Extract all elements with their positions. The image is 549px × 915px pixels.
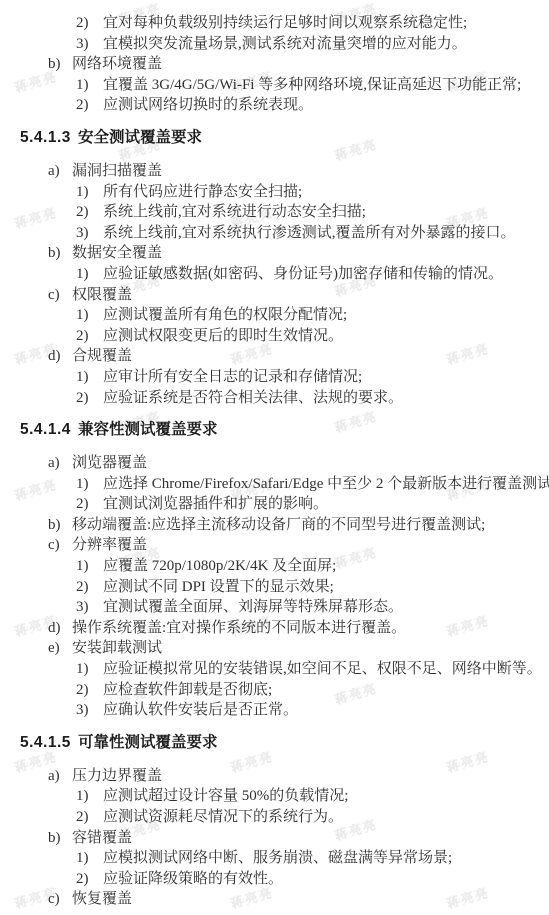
list-item-text: 宜覆盖 3G/4G/5G/Wi-Fi 等多种网络环境,保证高延迟下功能正常; bbox=[103, 75, 521, 96]
list-item-text: 漏洞扫描覆盖 bbox=[72, 161, 162, 182]
list-item-marker: d) bbox=[48, 618, 72, 639]
list-item-text: 恢复覆盖 bbox=[72, 889, 132, 910]
list-item-text: 应测试覆盖所有角色的权限分配情况; bbox=[103, 305, 347, 326]
list-item: 3)系统上线前,宜对系统执行渗透测试,覆盖所有对外暴露的接口。 bbox=[0, 223, 549, 244]
list-item: 1)应验证敏感数据(如密码、身份证号)加密存储和传输的情况。 bbox=[0, 264, 549, 285]
list-item: 1)应覆盖 720p/1080p/2K/4K 及全面屏; bbox=[0, 556, 549, 577]
list-item: 1)宜覆盖 3G/4G/5G/Wi-Fi 等多种网络环境,保证高延迟下功能正常; bbox=[0, 75, 549, 96]
list-item: 3)宜测试覆盖全面屏、刘海屏等特殊屏幕形态。 bbox=[0, 597, 549, 618]
list-item: b)容错覆盖 bbox=[0, 828, 549, 849]
list-item-marker: c) bbox=[48, 285, 72, 306]
list-item-marker: c) bbox=[48, 889, 72, 910]
list-item-marker: a) bbox=[48, 161, 72, 182]
list-item: d)操作系统覆盖:宜对操作系统的不同版本进行覆盖。 bbox=[0, 618, 549, 639]
list-item-marker: 2) bbox=[76, 869, 103, 890]
list-item-marker: 1) bbox=[76, 556, 103, 577]
document-page: 蒋亮亮蒋亮亮蒋亮亮蒋亮亮蒋亮亮蒋亮亮蒋亮亮蒋亮亮蒋亮亮蒋亮亮蒋亮亮蒋亮亮蒋亮亮蒋… bbox=[0, 0, 549, 915]
list-item: c)恢复覆盖 bbox=[0, 889, 549, 910]
list-item: a)漏洞扫描覆盖 bbox=[0, 161, 549, 182]
list-item: d)合规覆盖 bbox=[0, 346, 549, 367]
list-item-text: 权限覆盖 bbox=[72, 285, 132, 306]
section-number: 5.4.1.4 bbox=[20, 419, 78, 440]
list-item-marker: 2) bbox=[76, 807, 103, 828]
section-title: 兼容性测试覆盖要求 bbox=[78, 419, 218, 440]
list-item: b)移动端覆盖:应选择主流移动设备厂商的不同型号进行覆盖测试; bbox=[0, 515, 549, 536]
section-number: 5.4.1.3 bbox=[20, 127, 78, 148]
list-item-marker: 2) bbox=[76, 202, 103, 223]
list-item-text: 安装卸载测试 bbox=[72, 638, 162, 659]
list-item: 1)应审计所有安全日志的记录和存储情况; bbox=[0, 367, 549, 388]
list-item: a)浏览器覆盖 bbox=[0, 453, 549, 474]
list-item-text: 宜模拟突发流量场景,测试系统对流量突增的应对能力。 bbox=[103, 34, 467, 55]
list-item-marker: d) bbox=[48, 346, 72, 367]
list-item-text: 浏览器覆盖 bbox=[72, 453, 147, 474]
list-item-marker: 1) bbox=[76, 474, 103, 495]
list-item-text: 应验证降级策略的有效性。 bbox=[103, 869, 283, 890]
list-item-text: 应模拟测试网络中断、服务崩溃、磁盘满等异常场景; bbox=[103, 848, 452, 869]
list-item-text: 应覆盖 720p/1080p/2K/4K 及全面屏; bbox=[103, 556, 336, 577]
list-item-marker: b) bbox=[48, 515, 72, 536]
section-heading: 5.4.1.3安全测试覆盖要求 bbox=[0, 127, 549, 148]
list-item: b)数据安全覆盖 bbox=[0, 243, 549, 264]
document-content: 2)宜对每种负载级别持续运行足够时间以观察系统稳定性;3)宜模拟突发流量场景,测… bbox=[0, 0, 549, 910]
list-item: 3)应确认软件安装后是否正常。 bbox=[0, 700, 549, 721]
list-item-text: 应测试超过设计容量 50%的负载情况; bbox=[103, 786, 348, 807]
list-item-text: 合规覆盖 bbox=[72, 346, 132, 367]
list-item-text: 应检查软件卸载是否彻底; bbox=[103, 680, 272, 701]
list-item-text: 系统上线前,宜对系统进行动态安全扫描; bbox=[103, 202, 366, 223]
list-item-text: 应审计所有安全日志的记录和存储情况; bbox=[103, 367, 362, 388]
list-item: c)权限覆盖 bbox=[0, 285, 549, 306]
list-item: 2)应验证降级策略的有效性。 bbox=[0, 869, 549, 890]
list-item: 2)宜对每种负载级别持续运行足够时间以观察系统稳定性; bbox=[0, 13, 549, 34]
list-item: 2)系统上线前,宜对系统进行动态安全扫描; bbox=[0, 202, 549, 223]
list-item: 1)所有代码应进行静态安全扫描; bbox=[0, 182, 549, 203]
list-item: 2)应测试资源耗尽情况下的系统行为。 bbox=[0, 807, 549, 828]
list-item-marker: 2) bbox=[76, 13, 103, 34]
list-item-text: 应选择 Chrome/Firefox/Safari/Edge 中至少 2 个最新… bbox=[103, 474, 549, 495]
list-item: 1)应验证模拟常见的安装错误,如空间不足、权限不足、网络中断等。 bbox=[0, 659, 549, 680]
section-number: 5.4.1.5 bbox=[20, 732, 78, 753]
list-item-text: 网络环境覆盖 bbox=[72, 54, 162, 75]
list-item: 2)应检查软件卸载是否彻底; bbox=[0, 680, 549, 701]
list-item-text: 压力边界覆盖 bbox=[72, 766, 162, 787]
list-item-text: 宜对每种负载级别持续运行足够时间以观察系统稳定性; bbox=[103, 13, 467, 34]
list-item-text: 应测试不同 DPI 设置下的显示效果; bbox=[103, 577, 334, 598]
list-item: e)安装卸载测试 bbox=[0, 638, 549, 659]
list-item-text: 应测试权限变更后的即时生效情况。 bbox=[103, 326, 343, 347]
list-item-marker: 2) bbox=[76, 494, 103, 515]
list-item-marker: a) bbox=[48, 766, 72, 787]
section-heading: 5.4.1.4兼容性测试覆盖要求 bbox=[0, 419, 549, 440]
list-item-text: 操作系统覆盖:宜对操作系统的不同版本进行覆盖。 bbox=[72, 618, 406, 639]
list-item-text: 应测试资源耗尽情况下的系统行为。 bbox=[103, 807, 343, 828]
list-item: 2)应测试权限变更后的即时生效情况。 bbox=[0, 326, 549, 347]
list-item-text: 容错覆盖 bbox=[72, 828, 132, 849]
list-item: 1)应选择 Chrome/Firefox/Safari/Edge 中至少 2 个… bbox=[0, 474, 549, 495]
list-item-marker: 1) bbox=[76, 182, 103, 203]
list-item-marker: 2) bbox=[76, 326, 103, 347]
list-item-text: 分辨率覆盖 bbox=[72, 535, 147, 556]
list-item-text: 宜测试覆盖全面屏、刘海屏等特殊屏幕形态。 bbox=[103, 597, 403, 618]
list-item-marker: c) bbox=[48, 535, 72, 556]
list-item-marker: 3) bbox=[76, 223, 103, 244]
section-title: 可靠性测试覆盖要求 bbox=[78, 732, 218, 753]
section-heading: 5.4.1.5可靠性测试覆盖要求 bbox=[0, 732, 549, 753]
list-item-text: 系统上线前,宜对系统执行渗透测试,覆盖所有对外暴露的接口。 bbox=[103, 223, 516, 244]
list-item-marker: 3) bbox=[76, 597, 103, 618]
list-item-text: 应测试网络切换时的系统表现。 bbox=[103, 95, 313, 116]
list-item-text: 应验证敏感数据(如密码、身份证号)加密存储和传输的情况。 bbox=[103, 264, 503, 285]
list-item-text: 应确认软件安装后是否正常。 bbox=[103, 700, 298, 721]
list-item-marker: e) bbox=[48, 638, 72, 659]
list-item: 3)宜模拟突发流量场景,测试系统对流量突增的应对能力。 bbox=[0, 34, 549, 55]
list-item-text: 宜测试浏览器插件和扩展的影响。 bbox=[103, 494, 328, 515]
list-item-marker: 1) bbox=[76, 75, 103, 96]
section-title: 安全测试覆盖要求 bbox=[78, 127, 202, 148]
list-item-text: 移动端覆盖:应选择主流移动设备厂商的不同型号进行覆盖测试; bbox=[72, 515, 485, 536]
list-item-text: 所有代码应进行静态安全扫描; bbox=[103, 182, 302, 203]
list-item-marker: b) bbox=[48, 54, 72, 75]
list-item-marker: b) bbox=[48, 828, 72, 849]
list-item: 1)应模拟测试网络中断、服务崩溃、磁盘满等异常场景; bbox=[0, 848, 549, 869]
list-item-marker: 2) bbox=[76, 680, 103, 701]
list-item-marker: 3) bbox=[76, 700, 103, 721]
list-item: 2)应验证系统是否符合相关法律、法规的要求。 bbox=[0, 388, 549, 409]
list-item-marker: b) bbox=[48, 243, 72, 264]
list-item-marker: 1) bbox=[76, 848, 103, 869]
list-item: c)分辨率覆盖 bbox=[0, 535, 549, 556]
list-item: a)压力边界覆盖 bbox=[0, 766, 549, 787]
list-item-marker: 1) bbox=[76, 264, 103, 285]
list-item: 2)应测试网络切换时的系统表现。 bbox=[0, 95, 549, 116]
list-item: 1)应测试覆盖所有角色的权限分配情况; bbox=[0, 305, 549, 326]
list-item-marker: 1) bbox=[76, 659, 103, 680]
list-item-text: 应验证模拟常见的安装错误,如空间不足、权限不足、网络中断等。 bbox=[103, 659, 542, 680]
list-item-marker: 1) bbox=[76, 367, 103, 388]
list-item-marker: 3) bbox=[76, 34, 103, 55]
list-item-marker: a) bbox=[48, 453, 72, 474]
list-item: 2)宜测试浏览器插件和扩展的影响。 bbox=[0, 494, 549, 515]
list-item-marker: 2) bbox=[76, 577, 103, 598]
list-item-marker: 2) bbox=[76, 95, 103, 116]
list-item: 1)应测试超过设计容量 50%的负载情况; bbox=[0, 786, 549, 807]
list-item: b)网络环境覆盖 bbox=[0, 54, 549, 75]
list-item-marker: 2) bbox=[76, 388, 103, 409]
list-item-marker: 1) bbox=[76, 786, 103, 807]
list-item-text: 数据安全覆盖 bbox=[72, 243, 162, 264]
list-item: 2)应测试不同 DPI 设置下的显示效果; bbox=[0, 577, 549, 598]
list-item-text: 应验证系统是否符合相关法律、法规的要求。 bbox=[103, 388, 403, 409]
list-item-marker: 1) bbox=[76, 305, 103, 326]
